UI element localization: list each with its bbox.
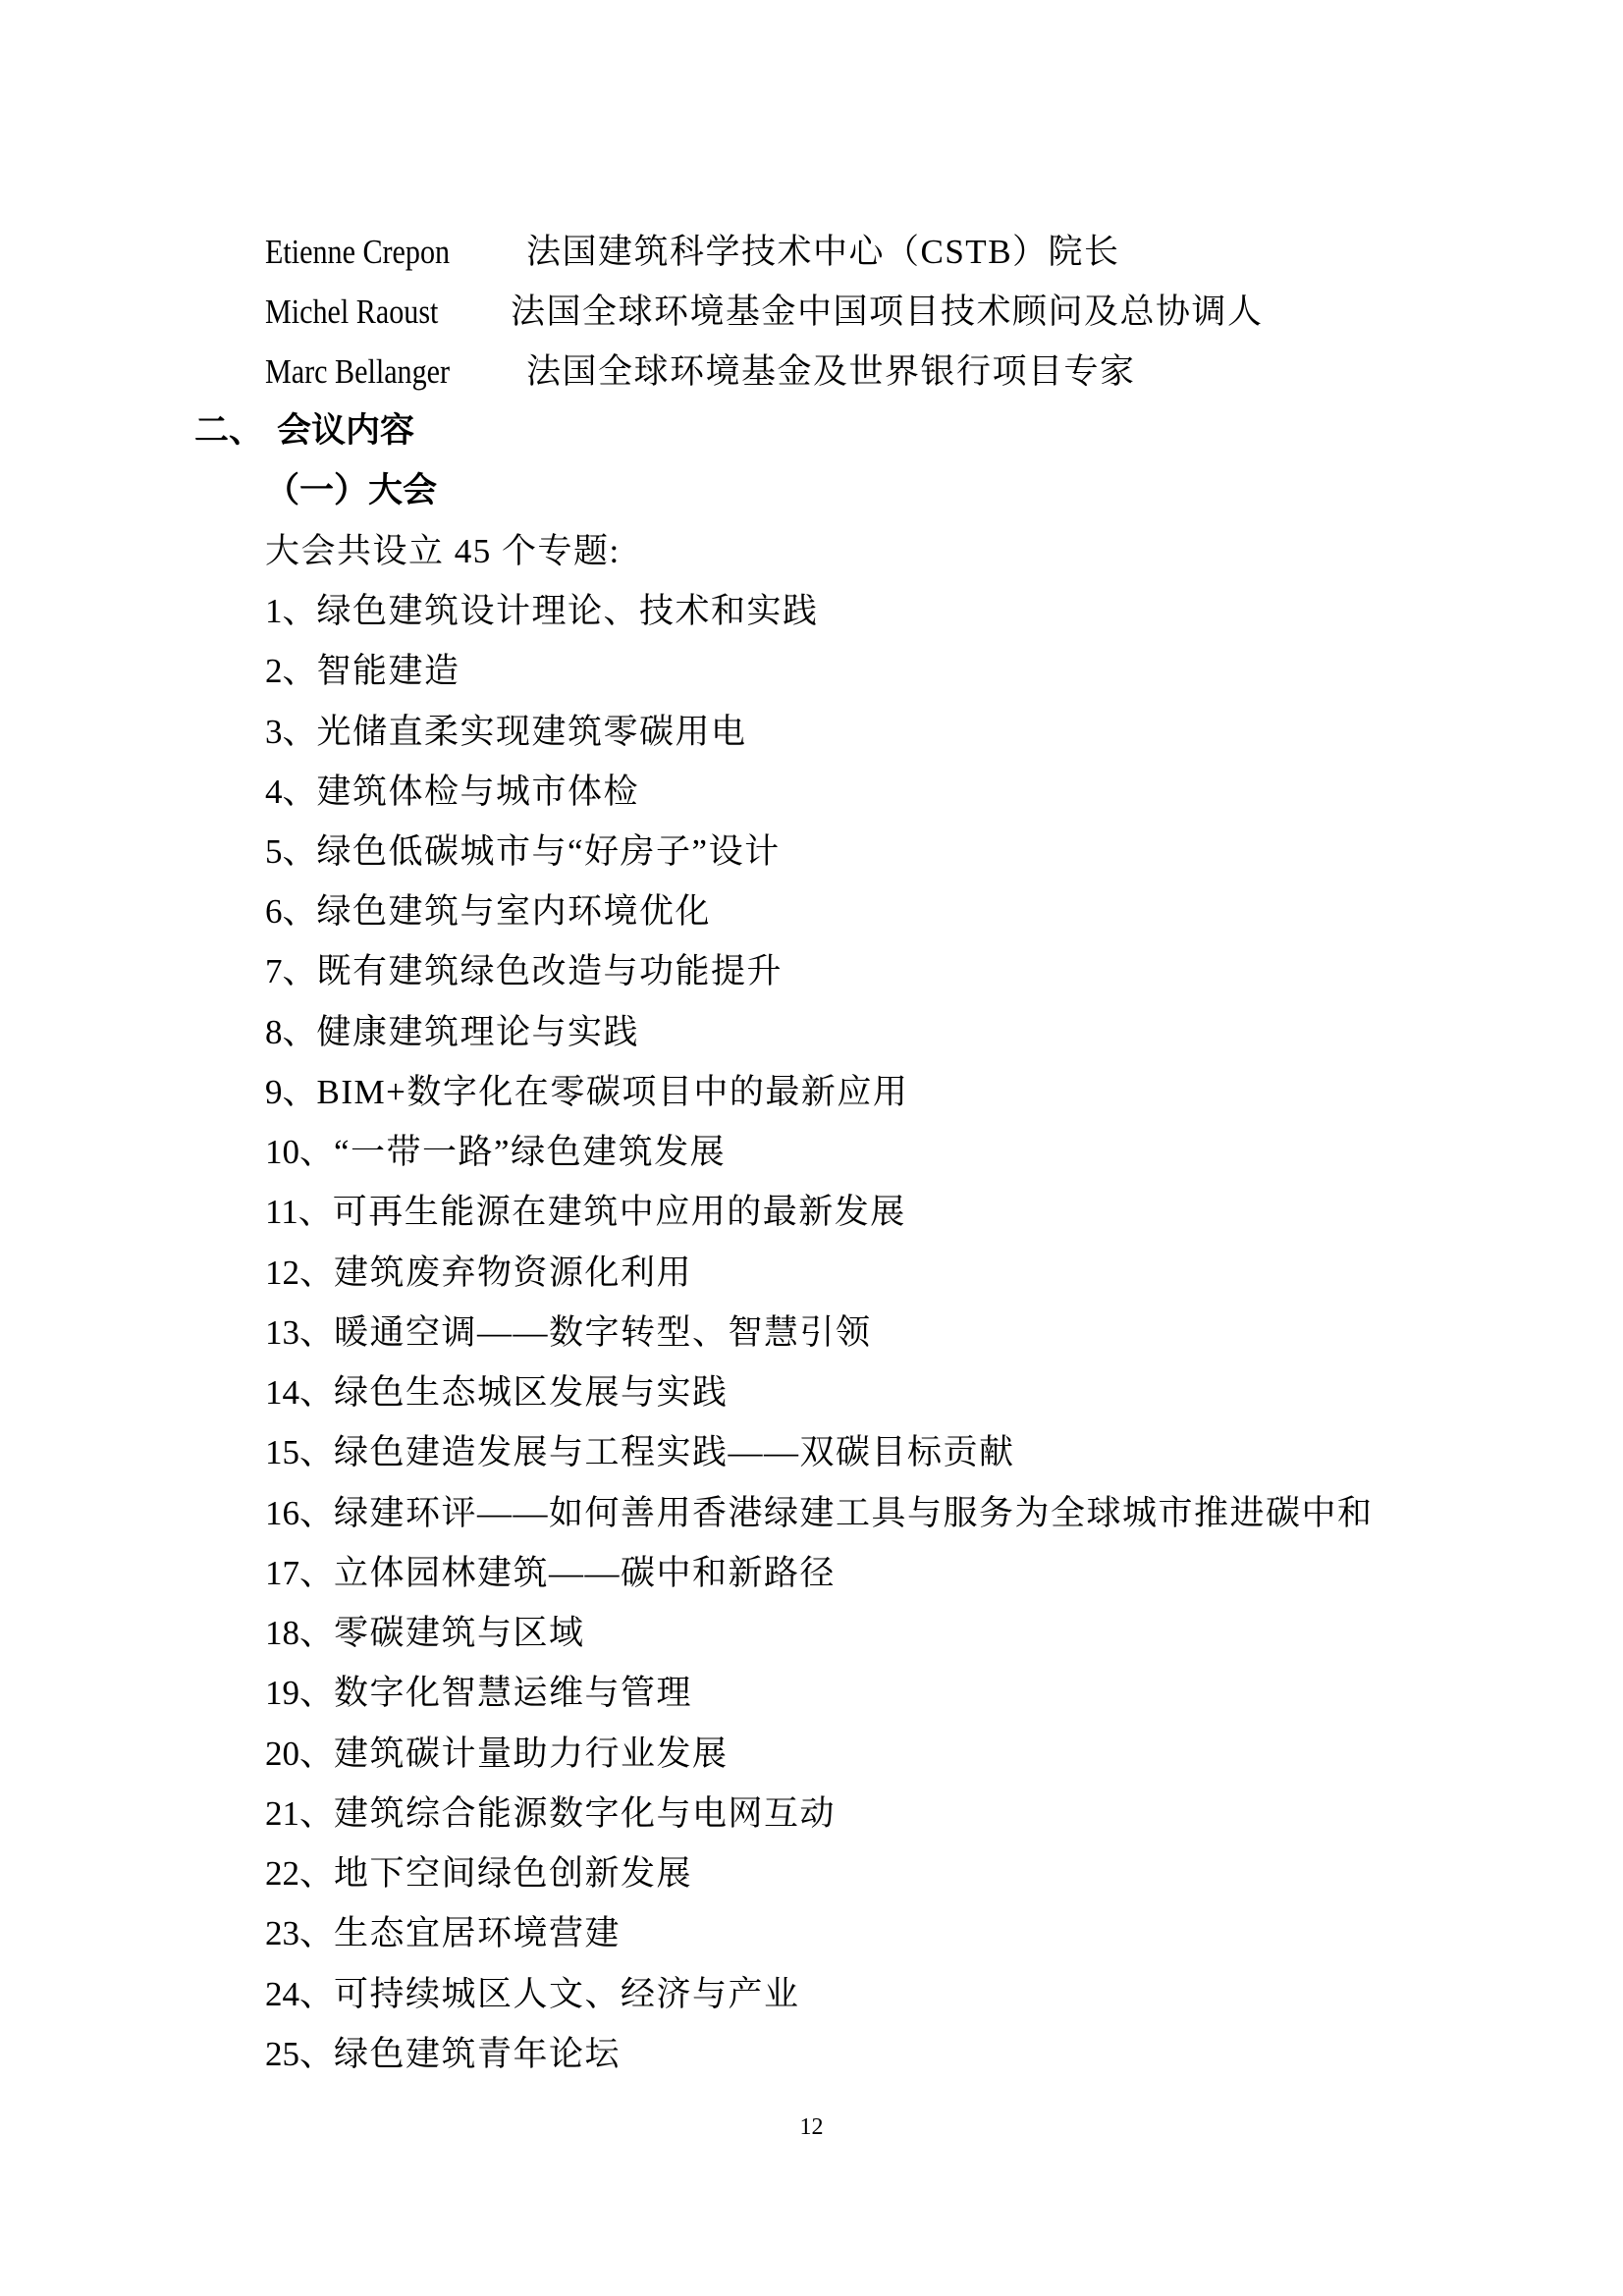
page-number: 12 <box>0 2112 1623 2142</box>
list-item: 4、建筑体检与城市体检 <box>265 762 639 822</box>
topic-number: 6、 <box>265 881 317 941</box>
topic-number: 8、 <box>265 1002 317 1062</box>
list-item: 8、健康建筑理论与实践 <box>265 1002 639 1062</box>
topic-number: 1、 <box>265 581 317 641</box>
list-item: 10、“一带一路”绿色建筑发展 <box>265 1122 726 1182</box>
list-item: 22、地下空间绿色创新发展 <box>265 1843 692 1903</box>
topic-text: 绿色生态城区发展与实践 <box>334 1373 729 1412</box>
list-item: 19、数字化智慧运维与管理 <box>265 1663 692 1723</box>
topic-text: 智能建造 <box>317 652 460 690</box>
topic-text: 建筑废弃物资源化利用 <box>334 1254 692 1292</box>
topic-text: “一带一路”绿色建筑发展 <box>334 1133 726 1171</box>
topic-text: 数字化智慧运维与管理 <box>334 1674 692 1712</box>
topic-text: 健康建筑理论与实践 <box>317 1013 640 1051</box>
list-item: 15、绿色建造发展与工程实践——双碳目标贡献 <box>265 1422 1015 1482</box>
topic-number: 3、 <box>265 702 317 762</box>
person-line: Marc Bellanger法国全球环境基金及世界银行项目专家 <box>265 342 1136 401</box>
list-item: 23、生态宜居环境营建 <box>265 1903 621 1963</box>
topic-text: 可持续城区人文、经济与产业 <box>334 1975 800 2013</box>
section-number: 二、 <box>194 411 263 451</box>
list-item: 24、可持续城区人文、经济与产业 <box>265 1964 800 2024</box>
list-item: 6、绿色建筑与室内环境优化 <box>265 881 711 941</box>
section-heading: 二、会议内容 <box>194 401 414 461</box>
topic-number: 23、 <box>265 1903 334 1963</box>
list-item: 25、绿色建筑青年论坛 <box>265 2024 621 2084</box>
topic-text: 绿色建筑与室内环境优化 <box>317 892 712 931</box>
topic-text: 建筑碳计量助力行业发展 <box>334 1735 729 1773</box>
list-item: 14、绿色生态城区发展与实践 <box>265 1362 729 1422</box>
list-item: 5、绿色低碳城市与“好房子”设计 <box>265 822 781 881</box>
topic-number: 11、 <box>265 1182 333 1242</box>
topic-text: BIM+数字化在零碳项目中的最新应用 <box>317 1073 909 1111</box>
list-item: 3、光储直柔实现建筑零碳用电 <box>265 702 747 762</box>
topic-number: 21、 <box>265 1784 334 1843</box>
topic-number: 15、 <box>265 1422 334 1482</box>
topic-number: 4、 <box>265 762 317 822</box>
topic-number: 17、 <box>265 1543 334 1603</box>
topic-number: 13、 <box>265 1303 334 1362</box>
topic-text: 立体园林建筑——碳中和新路径 <box>334 1554 836 1592</box>
section-title: 会议内容 <box>277 411 414 451</box>
list-item: 16、绿建环评——如何善用香港绿建工具与服务为全球城市推进碳中和 <box>265 1483 1374 1543</box>
topic-text: 光储直柔实现建筑零碳用电 <box>317 713 747 751</box>
intro-text: 大会共设立 45 个专题: <box>265 521 621 581</box>
list-item: 13、暖通空调——数字转型、智慧引领 <box>265 1303 872 1362</box>
topic-number: 7、 <box>265 941 317 1001</box>
topic-number: 16、 <box>265 1483 334 1543</box>
topic-text: 生态宜居环境营建 <box>334 1914 621 1952</box>
topic-number: 12、 <box>265 1243 334 1303</box>
list-item: 20、建筑碳计量助力行业发展 <box>265 1724 729 1784</box>
topic-text: 建筑体检与城市体检 <box>317 773 640 811</box>
topic-text: 绿色建筑设计理论、技术和实践 <box>317 592 819 630</box>
topic-text: 暖通空调——数字转型、智慧引领 <box>334 1313 872 1352</box>
topic-text: 可再生能源在建筑中应用的最新发展 <box>333 1193 906 1231</box>
list-item: 18、零碳建筑与区域 <box>265 1603 585 1663</box>
subsection-heading: （一）大会 <box>265 461 437 521</box>
topic-text: 绿建环评——如何善用香港绿建工具与服务为全球城市推进碳中和 <box>334 1494 1374 1532</box>
topic-number: 24、 <box>265 1964 334 2024</box>
document-page: Etienne Crepon法国建筑科学技术中心（CSTB）院长 Michel … <box>0 0 1623 2296</box>
list-item: 12、建筑废弃物资源化利用 <box>265 1243 692 1303</box>
person-line: Michel Raoust法国全球环境基金中国项目技术顾问及总协调人 <box>265 282 1264 342</box>
topic-number: 25、 <box>265 2024 334 2084</box>
topic-text: 绿色建造发展与工程实践——双碳目标贡献 <box>334 1433 1015 1471</box>
person-title: 法国全球环境基金中国项目技术顾问及总协调人 <box>511 282 1264 342</box>
topic-number: 10、 <box>265 1122 334 1182</box>
list-item: 21、建筑综合能源数字化与电网互动 <box>265 1784 836 1843</box>
person-line: Etienne Crepon法国建筑科学技术中心（CSTB）院长 <box>265 222 1120 282</box>
topic-text: 地下空间绿色创新发展 <box>334 1854 692 1893</box>
topic-text: 零碳建筑与区域 <box>334 1614 585 1652</box>
person-name: Michel Raoust <box>265 282 438 342</box>
person-title: 法国建筑科学技术中心（CSTB）院长 <box>526 222 1120 282</box>
person-title: 法国全球环境基金及世界银行项目专家 <box>526 342 1136 401</box>
person-name: Etienne Crepon <box>265 222 450 282</box>
topic-number: 14、 <box>265 1362 334 1422</box>
topic-number: 22、 <box>265 1843 334 1903</box>
topic-text: 既有建筑绿色改造与功能提升 <box>317 952 784 990</box>
person-name: Marc Bellanger <box>265 342 450 401</box>
topic-number: 9、 <box>265 1062 317 1122</box>
list-item: 2、智能建造 <box>265 641 460 701</box>
list-item: 9、BIM+数字化在零碳项目中的最新应用 <box>265 1062 908 1122</box>
topic-text: 绿色低碳城市与“好房子”设计 <box>317 832 781 871</box>
list-item: 7、既有建筑绿色改造与功能提升 <box>265 941 783 1001</box>
topic-number: 18、 <box>265 1603 334 1663</box>
topic-number: 2、 <box>265 641 317 701</box>
list-item: 17、立体园林建筑——碳中和新路径 <box>265 1543 836 1603</box>
list-item: 1、绿色建筑设计理论、技术和实践 <box>265 581 819 641</box>
topic-number: 20、 <box>265 1724 334 1784</box>
topic-number: 19、 <box>265 1663 334 1723</box>
topic-text: 建筑综合能源数字化与电网互动 <box>334 1794 836 1833</box>
topic-text: 绿色建筑青年论坛 <box>334 2035 621 2073</box>
topic-number: 5、 <box>265 822 317 881</box>
list-item: 11、可再生能源在建筑中应用的最新发展 <box>265 1182 906 1242</box>
